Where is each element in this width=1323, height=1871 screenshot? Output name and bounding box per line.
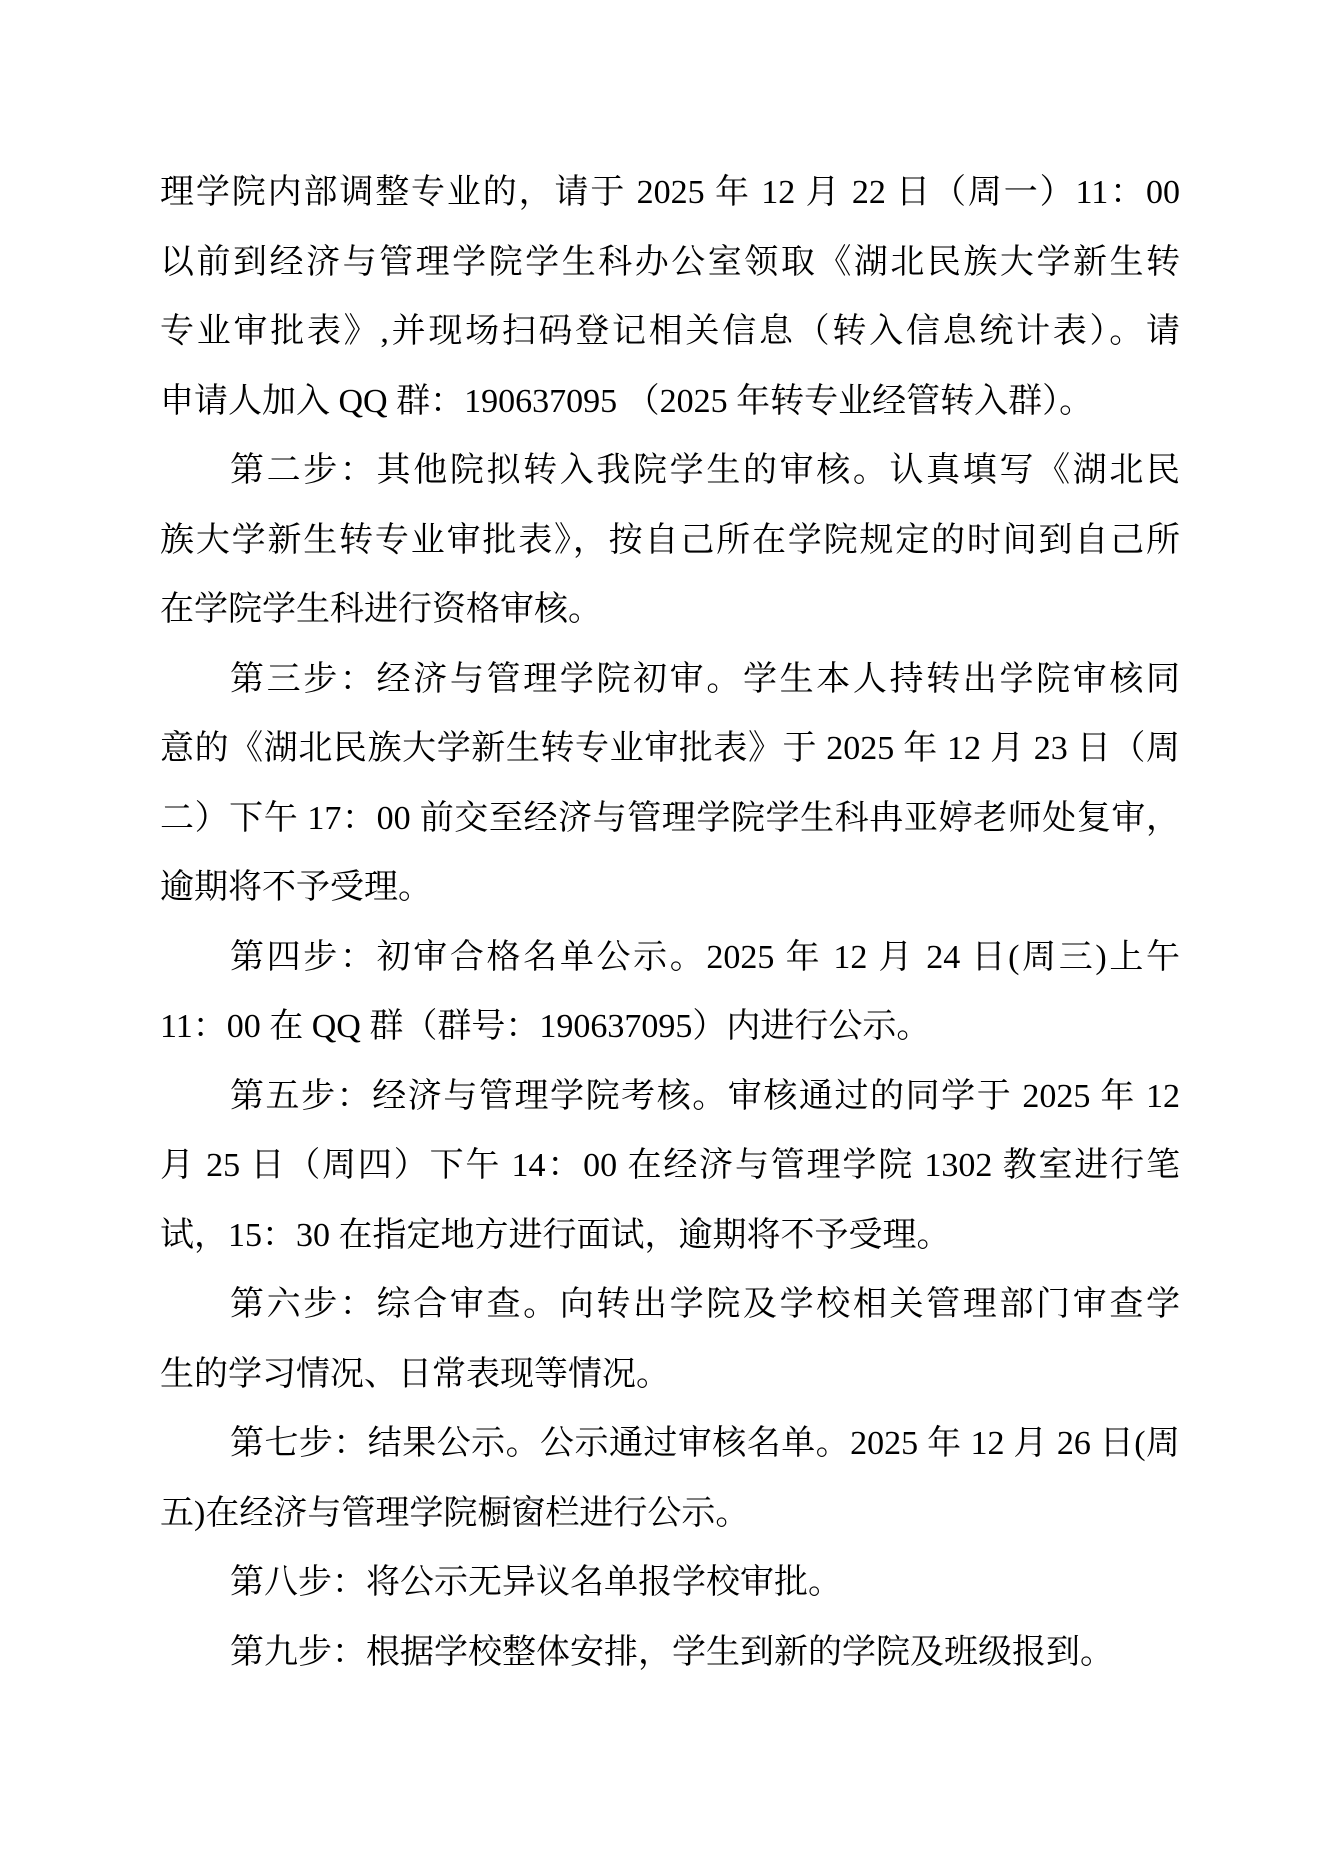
doc-line: 在学院学生科进行资格审核。 <box>160 575 1180 645</box>
doc-line: 二）下午 17：00 前交至经济与管理学院学生科冉亚婷老师处复审， <box>160 784 1180 854</box>
doc-line: 生的学习情况、日常表现等情况。 <box>160 1340 1180 1410</box>
doc-line: 五)在经济与管理学院橱窗栏进行公示。 <box>160 1479 1180 1549</box>
document-page: 理学院内部调整专业的，请于 2025 年 12 月 22 日（周一）11：00 … <box>0 0 1323 1871</box>
doc-line-step9: 第九步：根据学校整体安排，学生到新的学院及班级报到。 <box>160 1618 1180 1688</box>
doc-line-step3: 第三步：经济与管理学院初审。学生本人持转出学院审核同 <box>160 645 1180 715</box>
doc-line-step4: 第四步：初审合格名单公示。2025 年 12 月 24 日(周三)上午 <box>160 923 1180 993</box>
doc-line: 逾期将不予受理。 <box>160 853 1180 923</box>
doc-line: 意的《湖北民族大学新生转专业审批表》于 2025 年 12 月 23 日（周 <box>160 714 1180 784</box>
doc-line: 11：00 在 QQ 群（群号：190637095）内进行公示。 <box>160 992 1180 1062</box>
doc-line: 专业审批表》,并现场扫码登记相关信息（转入信息统计表）。请 <box>160 297 1180 367</box>
doc-line: 申请人加入 QQ 群：190637095 （2025 年转专业经管转入群）。 <box>160 367 1180 437</box>
doc-line: 试，15：30 在指定地方进行面试，逾期将不予受理。 <box>160 1201 1180 1271</box>
doc-line-step2: 第二步：其他院拟转入我院学生的审核。认真填写《湖北民 <box>160 436 1180 506</box>
doc-line: 族大学新生转专业审批表》，按自己所在学院规定的时间到自己所 <box>160 506 1180 576</box>
document-body: 理学院内部调整专业的，请于 2025 年 12 月 22 日（周一）11：00 … <box>160 158 1180 1687</box>
doc-line: 以前到经济与管理学院学生科办公室领取《湖北民族大学新生转 <box>160 228 1180 298</box>
doc-line-step8: 第八步：将公示无异议名单报学校审批。 <box>160 1548 1180 1618</box>
doc-line: 理学院内部调整专业的，请于 2025 年 12 月 22 日（周一）11：00 <box>160 158 1180 228</box>
doc-line-step5: 第五步：经济与管理学院考核。审核通过的同学于 2025 年 12 <box>160 1062 1180 1132</box>
doc-line: 月 25 日（周四）下午 14：00 在经济与管理学院 1302 教室进行笔 <box>160 1131 1180 1201</box>
doc-line-step7: 第七步：结果公示。公示通过审核名单。2025 年 12 月 26 日(周 <box>160 1409 1180 1479</box>
doc-line-step6: 第六步：综合审查。向转出学院及学校相关管理部门审查学 <box>160 1270 1180 1340</box>
